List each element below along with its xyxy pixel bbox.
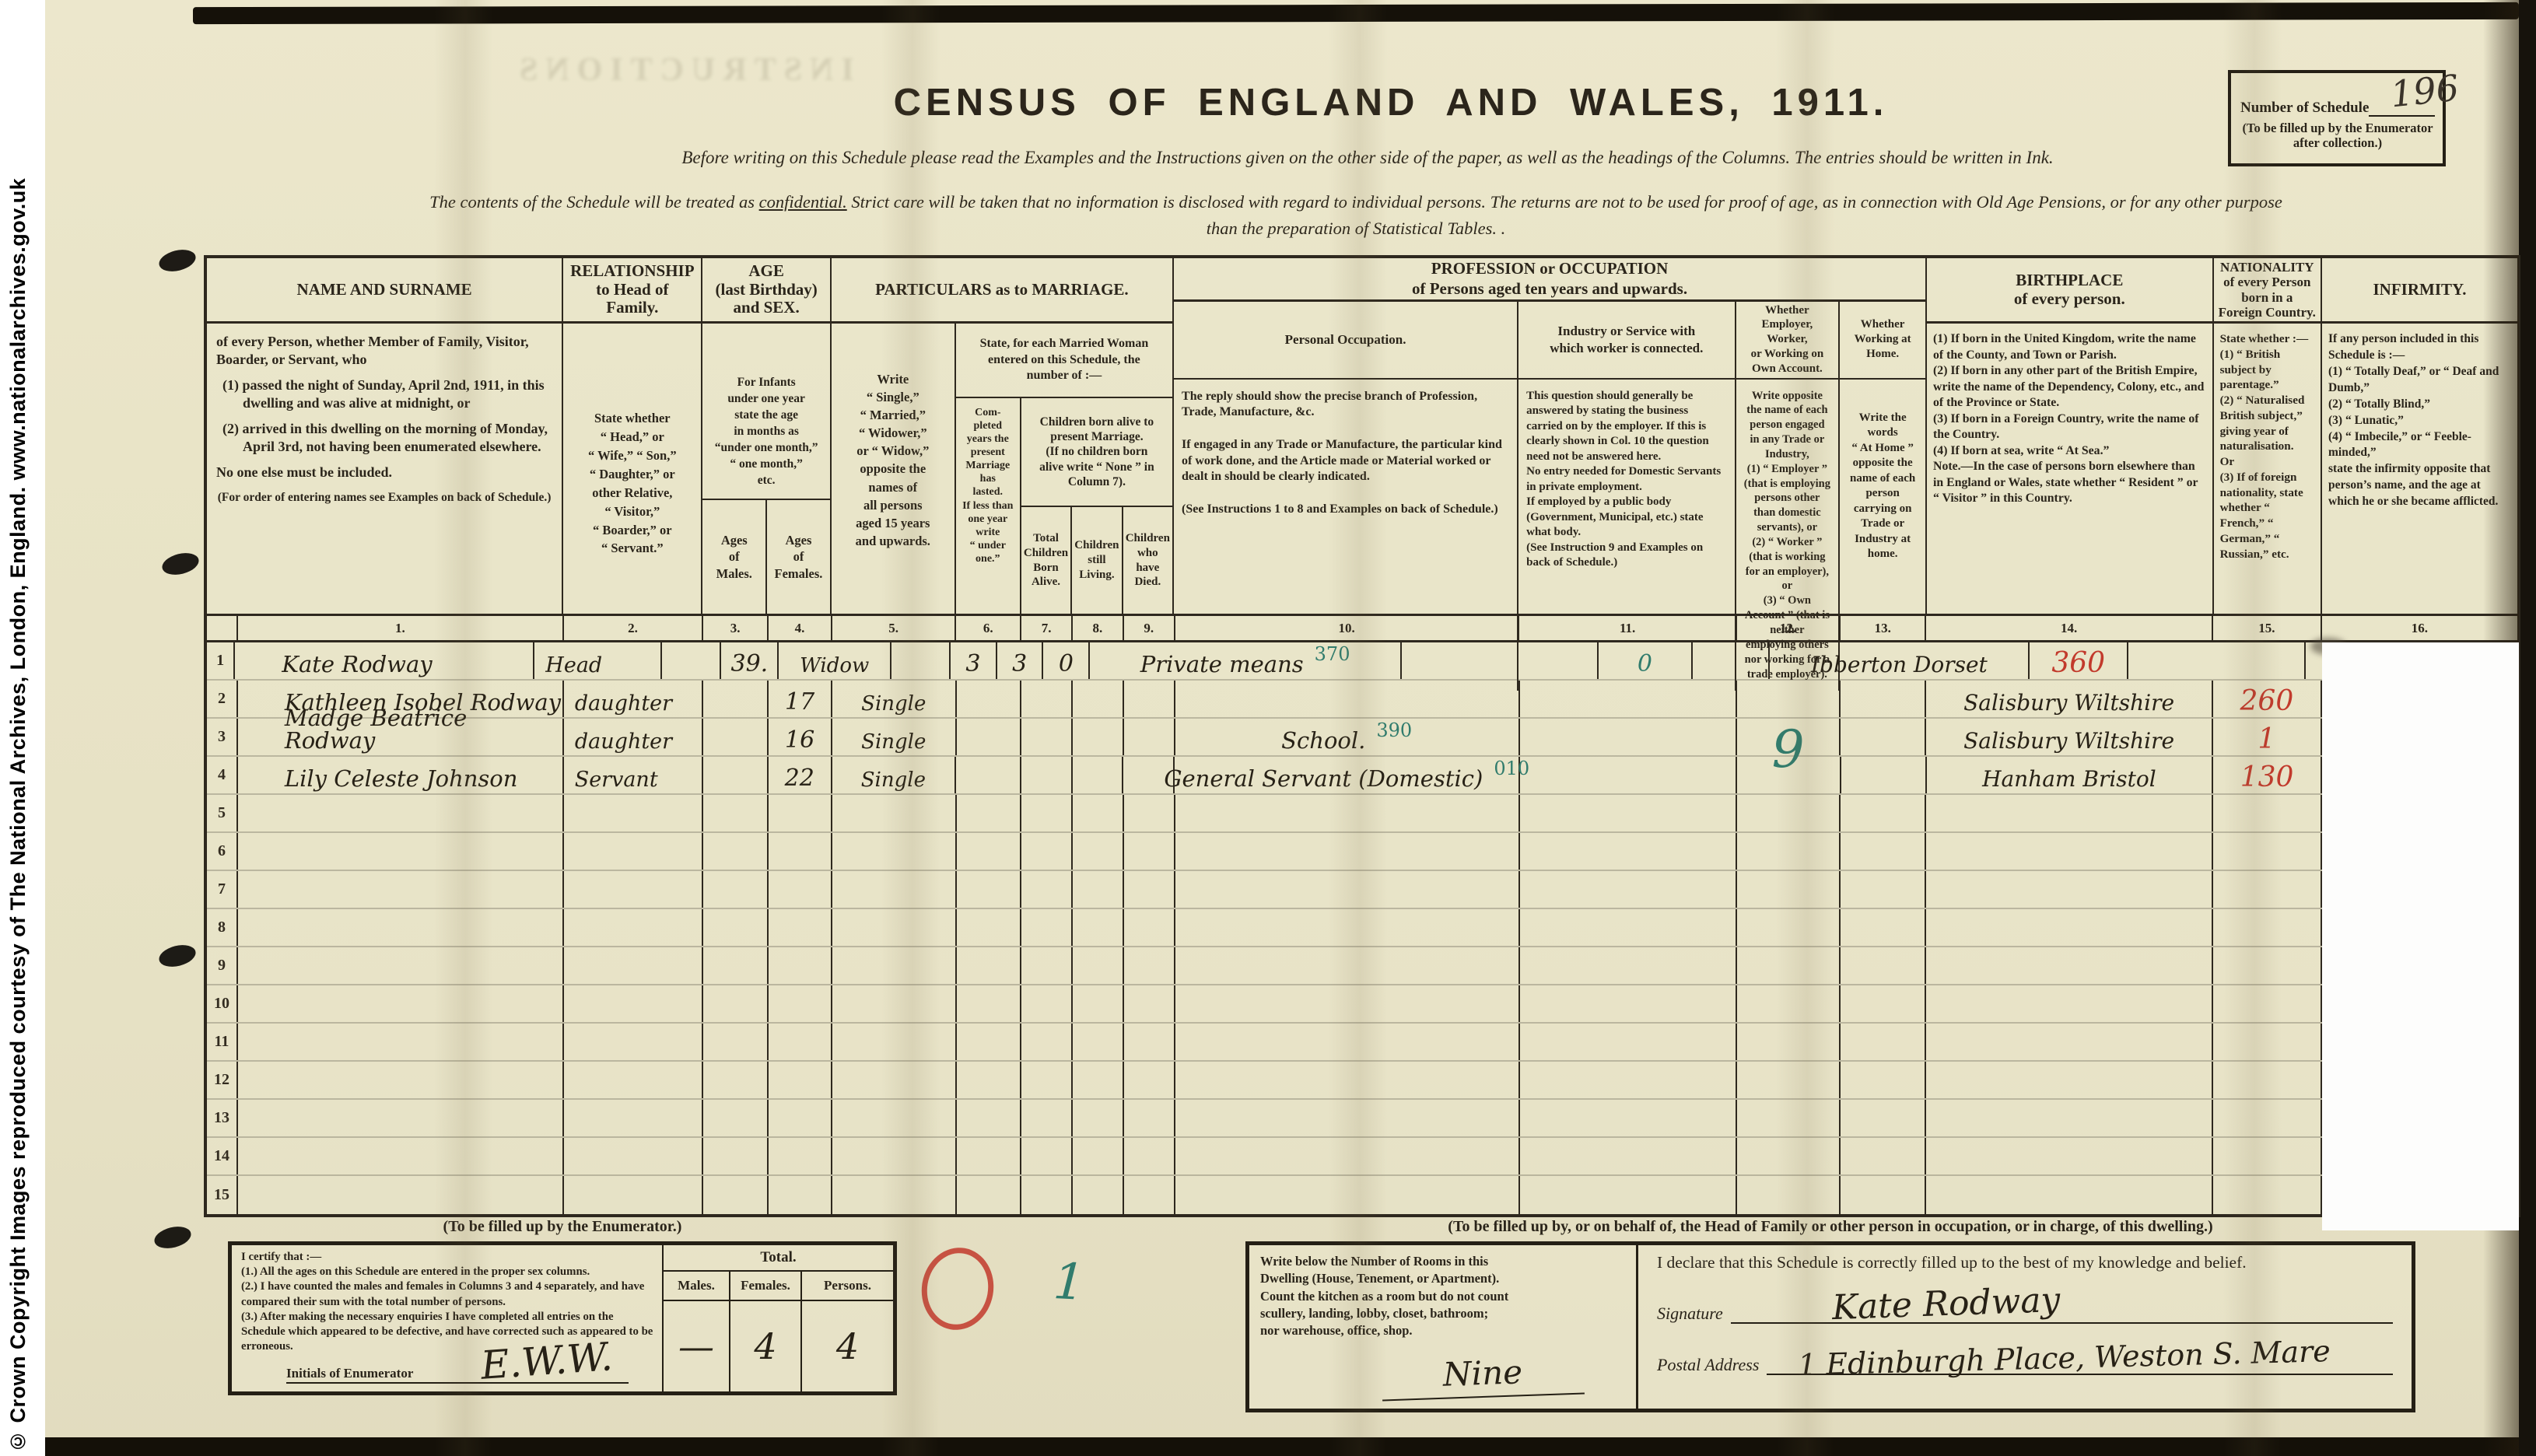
- cell-marriage-condition: Single: [832, 757, 956, 793]
- cell-children-living: [1073, 1176, 1124, 1214]
- cell-children-born: [1021, 1024, 1073, 1060]
- column-number-4: 4.: [769, 616, 832, 640]
- cell-years-married: [957, 947, 1022, 984]
- cell-industry: [1520, 1024, 1737, 1060]
- cell-occupation: [1175, 681, 1520, 717]
- cell-name: [238, 1176, 564, 1214]
- totals-table: Total. Males. — Females. 4 Persons. 4: [662, 1245, 893, 1391]
- cell-row-number: 15: [207, 1176, 238, 1214]
- cell-children-born: [1021, 719, 1073, 755]
- cell-occupation: [1175, 795, 1520, 831]
- cell-occupation: [1175, 947, 1520, 984]
- scan-top-edge: [193, 2, 2519, 24]
- cell-row-number: 12: [207, 1062, 238, 1098]
- cell-row-number: 10: [207, 985, 238, 1022]
- cell-marriage-condition: [832, 833, 957, 870]
- table-body: 1Kate RodwayHead39.Widow330Private means…: [207, 642, 2517, 1214]
- cell-occupation: [1175, 909, 1520, 946]
- cell-children-born: [1021, 1176, 1073, 1214]
- cell-children-born: [1021, 1062, 1073, 1098]
- cell-marriage-condition: [832, 947, 957, 984]
- cell-ages-females: [769, 1176, 832, 1214]
- header-nationality-body: State whether :— (1) “ British subject b…: [2214, 324, 2321, 614]
- cell-marriage-condition: [832, 871, 957, 908]
- cell-employer-status: [1737, 757, 1841, 793]
- cell-children-living: [1073, 1062, 1124, 1098]
- header-age-title: AGE (last Birthday) and SEX.: [702, 258, 829, 324]
- cell-work-at-home: [1841, 909, 1926, 946]
- cell-occupation: [1175, 1176, 1520, 1214]
- confidential-rest: Strict care will be taken that no inform…: [847, 192, 2282, 212]
- cell-years-married: [891, 642, 951, 679]
- cell-nationality-code: 130: [2213, 757, 2322, 793]
- persons-value: 4: [802, 1301, 893, 1391]
- cell-birthplace: Ibberton Dorset: [1770, 642, 2030, 679]
- cell-work-at-home: [1841, 1100, 1926, 1136]
- cell-ages-males: [703, 985, 769, 1022]
- cell-relationship: [564, 871, 704, 908]
- cell-work-at-home: [1841, 681, 1926, 717]
- cell-row-number: 13: [207, 1100, 238, 1136]
- cell-years-married: [957, 1176, 1022, 1214]
- copyright-strip: © Crown Copyright Images reproduced cour…: [0, 0, 45, 1456]
- header-married-woman-note: State, for each Married Woman entered on…: [956, 324, 1172, 398]
- cell-marriage-condition: [832, 1062, 957, 1098]
- cell-marriage-condition: Single: [832, 719, 957, 755]
- schedule-number-box: Number of Schedule 196 (To be filled up …: [2228, 70, 2446, 166]
- cell-years-married: [957, 985, 1022, 1022]
- cell-ages-males: [703, 833, 769, 870]
- declaration-right: I declare that this Schedule is correctl…: [1638, 1245, 2412, 1409]
- header-age-subcolumns: Ages of Males. Ages of Females.: [702, 499, 829, 614]
- signature-label: Signature: [1657, 1304, 1723, 1324]
- females-header: Females.: [730, 1272, 800, 1301]
- header-marriage-title: PARTICULARS as to MARRIAGE.: [832, 258, 1172, 324]
- cell-children-born: [1021, 985, 1073, 1022]
- cell-children-living: 3: [997, 642, 1044, 679]
- cell-industry: [1520, 909, 1737, 946]
- postal-address-label: Postal Address: [1657, 1355, 1759, 1375]
- cell-birthplace: [1926, 1100, 2213, 1136]
- confidential-lead: The contents of the Schedule will be tre…: [429, 192, 758, 212]
- table-header: NAME AND SURNAME of every Person, whethe…: [207, 258, 2517, 616]
- cell-occupation: [1175, 871, 1520, 908]
- cell-work-at-home: [1841, 719, 1926, 755]
- signature-row: Signature Kate Rodway: [1657, 1293, 2393, 1324]
- cell-work-at-home: [1841, 985, 1926, 1022]
- cell-relationship: [564, 909, 704, 946]
- table-row: 4Lily Celeste JohnsonServant22SingleGene…: [207, 757, 2517, 795]
- cell-years-married: [957, 909, 1022, 946]
- cell-birthplace: [1926, 1062, 2213, 1098]
- cell-relationship: [564, 833, 704, 870]
- cell-relationship: [564, 947, 704, 984]
- cell-employer-status: [1737, 1062, 1841, 1098]
- table-row: 7: [207, 871, 2517, 909]
- cell-ages-males: [703, 1100, 769, 1136]
- cell-children-born: [1021, 1138, 1073, 1174]
- occupation-code: 370: [1315, 645, 1350, 663]
- header-name-p2: (1) passed the night of Sunday, April 2n…: [216, 376, 552, 412]
- cell-row-number: 5: [207, 795, 238, 831]
- column-number-spacer: [207, 616, 238, 640]
- confidential-line: The contents of the Schedule will be tre…: [240, 192, 2472, 212]
- cell-occupation: [1175, 1138, 1520, 1174]
- table-row: 3Madge Beatrice Rodwaydaughter16SingleSc…: [207, 719, 2517, 757]
- cell-years-married: [957, 1100, 1022, 1136]
- cell-work-at-home: [1841, 947, 1926, 984]
- cell-industry: [1520, 1138, 1737, 1174]
- cell-relationship: [564, 1176, 704, 1214]
- cell-children-living: [1073, 681, 1124, 717]
- punch-hole: [157, 942, 198, 971]
- confidential-word: confidential.: [759, 192, 847, 212]
- cell-industry: [1520, 757, 1737, 793]
- schedule-number-row: Number of Schedule 196: [2240, 81, 2435, 117]
- cell-relationship: [564, 1100, 704, 1136]
- cell-children-died: [1124, 719, 1175, 755]
- table-row: 8: [207, 909, 2517, 947]
- header-ages-females: Ages of Females.: [767, 500, 830, 614]
- cell-occupation: Private means370: [1090, 642, 1402, 679]
- cell-children-living: [1073, 871, 1124, 908]
- cell-children-died: [1124, 795, 1175, 831]
- column-number-7: 7.: [1021, 616, 1073, 640]
- column-number-3: 3.: [703, 616, 769, 640]
- cell-industry: [1520, 681, 1737, 717]
- header-profession-title: PROFESSION or OCCUPATION of Persons aged…: [1174, 258, 1925, 302]
- cell-years-married: [957, 1138, 1022, 1174]
- column-number-13: 13.: [1841, 616, 1926, 640]
- cell-nationality-code: [2213, 1024, 2322, 1060]
- cell-industry: [1520, 985, 1737, 1022]
- rooms-value: Nine: [1381, 1349, 1585, 1402]
- cell-occupation: [1175, 1024, 1520, 1060]
- cell-children-born: [1021, 1100, 1073, 1136]
- initials-line: Initials of Enumerator E.W.W.: [286, 1365, 629, 1384]
- males-value: —: [664, 1301, 729, 1391]
- cell-children-living: [1073, 909, 1124, 946]
- cell-name: [238, 1138, 564, 1174]
- cell-occupation: [1175, 833, 1520, 870]
- cell-work-at-home: [1693, 642, 1770, 679]
- punch-hole: [152, 1223, 194, 1252]
- cell-work-at-home: [1841, 871, 1926, 908]
- red-oval-mark: [915, 1242, 1000, 1335]
- cell-employer-status: [1737, 947, 1841, 984]
- cell-nationality-code: 1: [2213, 719, 2322, 755]
- declaration-section-heading: (To be filled up by, or on behalf of, th…: [1245, 1218, 2415, 1236]
- table-row: 14: [207, 1138, 2517, 1176]
- cell-children-living: [1073, 833, 1124, 870]
- header-col12-title: Whether Employer, Worker, or Working on …: [1736, 302, 1839, 380]
- header-birthplace-body: (1) If born in the United Kingdom, write…: [1927, 324, 2212, 614]
- cell-children-living: [1073, 719, 1124, 755]
- cell-ages-females: [769, 795, 832, 831]
- cell-relationship: Servant: [564, 757, 703, 793]
- cell-relationship: daughter: [564, 719, 704, 755]
- cell-name: Kate Rodway: [235, 642, 534, 679]
- cell-nationality-code: 260: [2213, 681, 2322, 717]
- cell-name: [238, 833, 564, 870]
- header-col10-title: Personal Occupation.: [1174, 302, 1517, 380]
- cell-marriage-condition: [832, 1138, 957, 1174]
- punch-hole: [157, 247, 198, 275]
- postal-address-value: 1 Edinburgh Place, Weston S. Mare: [1798, 1334, 2331, 1382]
- cell-row-number: 1: [207, 642, 235, 679]
- cell-name: [238, 1024, 564, 1060]
- cell-ages-females: [769, 947, 832, 984]
- cell-industry: [1520, 871, 1737, 908]
- cell-ages-females: 22: [769, 757, 832, 793]
- column-number-12: 12.: [1737, 616, 1841, 640]
- cell-children-born: [1021, 871, 1073, 908]
- cell-children-born: 3: [951, 642, 997, 679]
- table-row: 6: [207, 833, 2517, 871]
- table-row: 12: [207, 1062, 2517, 1100]
- cell-employer-status: [1737, 833, 1841, 870]
- cell-industry: [1520, 947, 1737, 984]
- cell-ages-males: [703, 1176, 769, 1214]
- census-form-paper: INSTRUCTIONS CENSUS OF ENGLAND AND WALES…: [45, 0, 2519, 1456]
- teal-tally-mark: 1: [1052, 1253, 1087, 1312]
- cell-children-born: [1021, 757, 1073, 793]
- cell-nationality-code: [2213, 985, 2322, 1022]
- bleed-through-ghost-text: INSTRUCTIONS: [512, 51, 854, 89]
- cell-ages-males: [703, 871, 769, 908]
- header-name-p1: of every Person, whether Member of Famil…: [216, 333, 552, 369]
- cell-name: Madge Beatrice Rodway: [238, 719, 564, 755]
- cell-children-died: [1124, 909, 1175, 946]
- cell-occupation: [1175, 985, 1520, 1022]
- cell-children-died: [1124, 833, 1175, 870]
- females-value: 4: [730, 1301, 800, 1391]
- schedule-number-note: (To be filled up by the Enumerator after…: [2240, 121, 2435, 151]
- redaction-overlay: [2322, 642, 2519, 1230]
- cell-years-married: [957, 871, 1022, 908]
- column-number-2: 2.: [564, 616, 704, 640]
- declaration-text: I declare that this Schedule is correctl…: [1657, 1253, 2393, 1272]
- schedule-number-label: Number of Schedule: [2240, 100, 2369, 117]
- cell-children-living: [1073, 795, 1124, 831]
- cell-relationship: daughter: [564, 681, 704, 717]
- cell-children-born: [1021, 947, 1073, 984]
- cell-children-living: [1073, 1100, 1124, 1136]
- page-title: CENSUS OF ENGLAND AND WALES, 1911.: [823, 81, 1959, 124]
- cell-children-died: [1124, 1062, 1175, 1098]
- cell-ages-males: [703, 1062, 769, 1098]
- cell-ages-males: [703, 1024, 769, 1060]
- table-row: 1Kate RodwayHead39.Widow330Private means…: [207, 642, 2517, 681]
- cell-years-married: [957, 681, 1022, 717]
- cell-row-number: 9: [207, 947, 238, 984]
- header-name-p5: (For order of entering names see Example…: [216, 491, 552, 506]
- signature-line: Kate Rodway: [1731, 1293, 2393, 1324]
- cell-nationality-code: [2213, 871, 2322, 908]
- cell-relationship: [564, 985, 704, 1022]
- cell-birthplace: [1926, 833, 2213, 870]
- cell-children-born: [1021, 795, 1073, 831]
- confidential-tail: than the preparation of Statistical Tabl…: [240, 219, 2472, 239]
- header-name-column: NAME AND SURNAME of every Person, whethe…: [207, 258, 563, 614]
- cell-years-married: [957, 1062, 1022, 1098]
- header-relationship-body: State whether “ Head,” or “ Wife,” “ Son…: [563, 324, 701, 614]
- cell-industry: [1520, 833, 1737, 870]
- column-number-5: 5.: [832, 616, 957, 640]
- cell-industry: [1520, 1100, 1737, 1136]
- cell-relationship: [564, 795, 704, 831]
- cell-marriage-condition: [832, 985, 957, 1022]
- column-number-15: 15.: [2213, 616, 2322, 640]
- occupation-code: 390: [1376, 721, 1412, 740]
- cell-row-number: 2: [207, 681, 238, 717]
- cell-children-born: [1021, 909, 1073, 946]
- copyright-text: © Crown Copyright Images reproduced cour…: [6, 6, 30, 1453]
- rooms-cell: Write below the Number of Rooms in this …: [1249, 1245, 1638, 1409]
- cell-occupation: School.390: [1175, 719, 1520, 755]
- cell-employer-status: [1737, 909, 1841, 946]
- column-number-8: 8.: [1073, 616, 1124, 640]
- cell-industry: [1520, 1062, 1737, 1098]
- column-number-6: 6.: [956, 616, 1021, 640]
- cell-ages-males: [703, 757, 769, 793]
- cell-industry: [1520, 795, 1737, 831]
- cell-children-born: [1021, 833, 1073, 870]
- cell-birthplace: Salisbury Wiltshire: [1926, 719, 2213, 755]
- cell-ages-males: [703, 795, 769, 831]
- header-name-p3: (2) arrived in this dwelling on the morn…: [216, 420, 552, 456]
- cell-years-married: [956, 757, 1021, 793]
- cell-relationship: [564, 1138, 704, 1174]
- header-marriage-col6: Com- pleted years the present Marriage h…: [956, 398, 1021, 614]
- cell-ages-males: [662, 642, 721, 679]
- cell-marriage-condition: [832, 1024, 957, 1060]
- header-children-born: Total Children Born Alive.: [1021, 507, 1072, 614]
- cell-work-at-home: [1841, 833, 1926, 870]
- males-header: Males.: [664, 1272, 729, 1301]
- cell-years-married: [957, 1024, 1022, 1060]
- cell-marriage-condition: [832, 909, 957, 946]
- table-row: 9: [207, 947, 2517, 985]
- enumerator-section-heading: (To be filled up by the Enumerator.): [228, 1218, 897, 1236]
- cell-row-number: 3: [207, 719, 238, 755]
- cell-children-died: [1124, 1024, 1175, 1060]
- cell-children-died: [1124, 985, 1175, 1022]
- header-birthplace-column: BIRTHPLACE of every person. (1) If born …: [1927, 258, 2214, 614]
- schedule-number-line: 196: [2369, 90, 2435, 117]
- persons-header: Persons.: [802, 1272, 893, 1301]
- cell-infirmity: [2128, 642, 2306, 679]
- cell-birthplace: [1926, 947, 2213, 984]
- cell-ages-females: [769, 871, 832, 908]
- cell-ages-females: [769, 1138, 832, 1174]
- rooms-instruction: Write below the Number of Rooms in this …: [1260, 1254, 1508, 1338]
- cell-birthplace: [1926, 909, 2213, 946]
- header-name-p4: No one else must be included.: [216, 464, 552, 481]
- cell-years-married: [957, 795, 1022, 831]
- cell-children-died: [1124, 1176, 1175, 1214]
- cell-nationality-code: [2213, 833, 2322, 870]
- column-number-row: 1.2.3.4.5.6.7.8.9.10.11.12.13.14.15.16.: [207, 616, 2517, 642]
- cell-employer-status: [1737, 1138, 1841, 1174]
- cell-industry: [1402, 642, 1599, 679]
- cell-marriage-condition: Widow: [779, 642, 891, 679]
- cell-employer-status: [1737, 681, 1841, 717]
- instruction-line: Before writing on this Schedule please r…: [286, 148, 2449, 168]
- enumerator-box: I certify that :— (1.) All the ages on t…: [228, 1241, 897, 1395]
- cell-marriage-condition: [832, 1100, 957, 1136]
- cell-nationality-code: [2213, 1100, 2322, 1136]
- cell-children-living: [1073, 757, 1124, 793]
- cell-work-at-home: [1841, 795, 1926, 831]
- header-marriage-col6-9: State, for each Married Woman entered on…: [956, 324, 1172, 614]
- cell-birthplace: [1926, 871, 2213, 908]
- cell-employer-status: [1737, 871, 1841, 908]
- cell-relationship: [564, 1024, 704, 1060]
- header-marriage-col5: Write “ Single,” “ Married,” “ Widower,”…: [832, 324, 956, 614]
- column-number-10: 10.: [1175, 616, 1520, 640]
- cell-marriage-condition: [832, 1176, 957, 1214]
- cell-row-number: 8: [207, 909, 238, 946]
- totals-females-column: Females. 4: [730, 1272, 802, 1391]
- cell-name: [238, 985, 564, 1022]
- cell-row-number: 7: [207, 871, 238, 908]
- signature-value: Kate Rodway: [1831, 1280, 2061, 1328]
- cell-ages-males: [703, 1138, 769, 1174]
- cell-marriage-condition: Single: [832, 681, 957, 717]
- cell-nationality-code: [2213, 1138, 2322, 1174]
- cell-ages-females: 16: [769, 719, 832, 755]
- cell-work-at-home: [1841, 1176, 1926, 1214]
- cell-children-born: [1021, 681, 1073, 717]
- header-children-living: Children still Living.: [1072, 507, 1123, 614]
- cell-birthplace: [1926, 1024, 2213, 1060]
- cell-work-at-home: [1841, 1062, 1926, 1098]
- cell-birthplace: [1926, 1138, 2213, 1174]
- cell-employer-status: [1737, 795, 1841, 831]
- header-relationship-title: RELATIONSHIP to Head of Family.: [563, 258, 701, 324]
- cell-children-died: [1124, 947, 1175, 984]
- cell-employer-status: 9: [1737, 719, 1841, 755]
- cell-ages-females: [769, 909, 832, 946]
- cell-years-married: [957, 719, 1022, 755]
- cell-nationality-code: [2213, 909, 2322, 946]
- header-name-body: of every Person, whether Member of Famil…: [207, 324, 562, 614]
- cell-employer-status: [1737, 1100, 1841, 1136]
- cell-birthplace: Hanham Bristol: [1927, 757, 2214, 793]
- table-row: 5: [207, 795, 2517, 833]
- header-marriage-grid: Write “ Single,” “ Married,” “ Widower,”…: [832, 324, 1172, 614]
- cell-ages-females: 39.: [721, 642, 779, 679]
- cell-ages-females: 17: [769, 681, 832, 717]
- cell-children-living: [1073, 947, 1124, 984]
- cell-industry: [1520, 719, 1737, 755]
- scan-bottom-edge: [45, 1437, 2519, 1456]
- initials-label: Initials of Enumerator: [286, 1366, 413, 1381]
- cell-employer-status: 0: [1599, 642, 1693, 679]
- cell-row-number: 11: [207, 1024, 238, 1060]
- cell-children-died: [1124, 1138, 1175, 1174]
- header-profession-group: PROFESSION or OCCUPATION of Persons aged…: [1174, 258, 1927, 614]
- postal-address-row: Postal Address 1 Edinburgh Place, Weston…: [1657, 1344, 2393, 1375]
- cell-row-number: 14: [207, 1138, 238, 1174]
- cell-name: [238, 1100, 564, 1136]
- header-col13-title: Whether Working at Home.: [1840, 302, 1925, 380]
- cell-name: Lily Celeste Johnson: [238, 757, 564, 793]
- header-children-died: Children who have Died.: [1123, 507, 1172, 614]
- cell-birthplace: Salisbury Wiltshire: [1926, 681, 2213, 717]
- cell-ages-females: [769, 1024, 832, 1060]
